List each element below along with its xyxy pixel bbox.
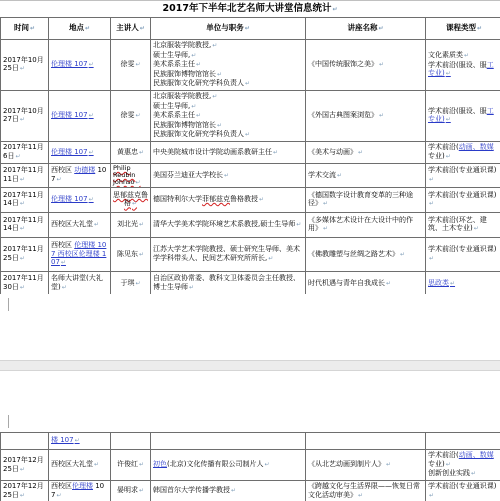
location-cell: 伦理楼 107 xyxy=(49,187,111,212)
lecture-cell: 《德国数字设计教育变革的三种途径》 xyxy=(306,187,426,212)
table-row: 2017年11月14日 西校区大礼堂 刘北光 清华大学美术学院环境艺术系教授,硕… xyxy=(1,212,500,237)
time-cell: 2017年11月11日 xyxy=(1,163,49,187)
location-cell: 西校区大礼堂 xyxy=(49,212,111,237)
time-cell: 2017年11月14日 xyxy=(1,212,49,237)
page-1: 2017年下半年北艺名师大讲堂信息统计 时间 地点 主讲人 单位与职务 讲座名称… xyxy=(0,0,500,294)
time-cell: 2017年10月25日 xyxy=(1,40,49,91)
type-inserted-text[interactable]: 思政类 xyxy=(428,279,455,287)
unit-cell: 清华大学美术学院环境艺术系教授,硕士生导师 xyxy=(151,212,306,237)
location-cell: 西校区 功德楼 107 xyxy=(49,163,111,187)
unit-inserted-text[interactable]: 初色 xyxy=(153,460,167,468)
unit-cell: 中央美院城市设计学院动画系教研主任 xyxy=(151,141,306,163)
location-cell: 楼 107 xyxy=(49,433,111,450)
word-document-page: { "title": "2017年下半年北艺名师大讲堂信息统计", "heade… xyxy=(0,0,500,501)
lecture-cell: 《中国传统服饰之美》 xyxy=(306,40,426,91)
col-header-unit: 单位与职务 xyxy=(151,18,306,40)
speaker-cell: 陈见东 xyxy=(111,237,151,271)
col-header-speaker: 主讲人 xyxy=(111,18,151,40)
speaker-cell: 徐雯 xyxy=(111,40,151,91)
page-separator-band xyxy=(0,360,500,371)
lecture-cell: 《从北艺动画到制片人》 xyxy=(306,450,426,481)
unit-cell: 北京服装学院教授, 硕士生导师, 美术系系主任 民族服饰博物馆馆长 民族服饰文化… xyxy=(151,90,306,141)
type-cell: 学术前沿(专业通识课) xyxy=(426,187,500,212)
type-cell: 学术前沿(动画、数媒专业) 创新创业实践 xyxy=(426,450,500,481)
unit-cell: 美国芬兰迪亚大学校长 xyxy=(151,163,306,187)
speaker-cell: 晏明求 xyxy=(111,481,151,501)
location-cell: 伦理楼 107 xyxy=(49,40,111,91)
type-cell xyxy=(426,433,500,450)
location-cell: 西校区大礼堂 xyxy=(49,450,111,481)
location-link[interactable]: 伦理楼 xyxy=(72,482,93,490)
speaker-cell: 徐雯 xyxy=(111,90,151,141)
location-cell: 西校区 伦理楼 107 西校区伦理楼 107 xyxy=(49,237,111,271)
location-cell: 伦理楼 107 xyxy=(49,90,111,141)
speaker-name-misspelled: 思郁兹克鲁格 xyxy=(113,191,148,208)
table-row: 2017年11月14日 伦理楼 107 思郁兹克鲁格 德国特利尔大学菲郁兹克鲁格… xyxy=(1,187,500,212)
type-cell: 学术前沿(专业通识课) xyxy=(426,481,500,501)
lecture-cell: 学术交流 xyxy=(306,163,426,187)
time-cell: 2017年11月6日 xyxy=(1,141,49,163)
type-inserted-text[interactable]: 动画、数媒 xyxy=(459,451,494,459)
unit-cell: 江苏大学艺术学院教授、硕士研究生导师、美术学学科带头人、民间艺术研究所所长, xyxy=(151,237,306,271)
table-row: 2017年11月30日 名师大讲堂(大礼堂) 于琪 自治区政协常委、教科文卫体委… xyxy=(1,271,500,294)
unit-cell: 北京服装学院教授, 硕士生导师, 美术系系主任 民族服饰博物馆馆长 民族服饰文化… xyxy=(151,40,306,91)
location-link[interactable]: 伦理楼 107 xyxy=(51,111,94,119)
col-header-type: 课程类型 xyxy=(426,18,500,40)
time-cell: 2017年12月25日 xyxy=(1,450,49,481)
type-cell: 学术前沿(服设、服工专业) xyxy=(426,90,500,141)
table-row: 2017年12月25日 西校区大礼堂 许俊红 初色(北京)文化传播有限公司制片人… xyxy=(1,450,500,481)
header-row: 时间 地点 主讲人 单位与职务 讲座名称 课程类型 xyxy=(1,18,500,40)
lecture-cell: 《外国古典图案浏览》 xyxy=(306,90,426,141)
lecture-cell: 《多媒体艺术设计在大设计中的作用》 xyxy=(306,212,426,237)
speaker-cell: 黄惠忠 xyxy=(111,141,151,163)
time-cell: 2017年11月14日 xyxy=(1,187,49,212)
speaker-cell: 刘北光 xyxy=(111,212,151,237)
unit-cell: 初色(北京)文化传播有限公司制片人 xyxy=(151,450,306,481)
time-cell: 2017年11月30日 xyxy=(1,271,49,294)
type-cell: 学术前沿(专业通识课) xyxy=(426,163,500,187)
col-header-location: 地点 xyxy=(49,18,111,40)
document-title: 2017年下半年北艺名师大讲堂信息统计 xyxy=(0,0,500,17)
unit-cell: 自治区政协常委、教科文卫体委员会主任教授、博士生导师 xyxy=(151,271,306,294)
unit-cell: 韩国首尔大学传播学教授 xyxy=(151,481,306,501)
type-cell: 学术前沿(动画、数媒专业) xyxy=(426,141,500,163)
table-row-continuation: 楼 107 xyxy=(1,433,500,450)
time-cell: 2017年11月25日 xyxy=(1,237,49,271)
location-link[interactable]: 伦理楼 107 xyxy=(51,195,94,203)
col-header-lecture: 讲座名称 xyxy=(306,18,426,40)
type-cell: 学术前沿(环艺、建筑、土木专业) xyxy=(426,212,500,237)
location-link[interactable]: 伦理楼 107 xyxy=(51,148,94,156)
lecture-cell: 《美术与动画》 xyxy=(306,141,426,163)
page-2: 楼 107 2017年12月25日 西校区大礼堂 许俊红 初色(北京)文化传播有… xyxy=(0,432,500,501)
speaker-cell: 思郁兹克鲁格 xyxy=(111,187,151,212)
type-cell: 文化素质类 学术前沿(服设、服工专业) xyxy=(426,40,500,91)
table-row: 2017年11月25日 西校区 伦理楼 107 西校区伦理楼 107 陈见东 江… xyxy=(1,237,500,271)
lecture-cell xyxy=(306,433,426,450)
lecture-table-page1: 时间 地点 主讲人 单位与职务 讲座名称 课程类型 2017年10月25日 伦理… xyxy=(0,17,500,294)
speaker-name-misspelled: Johnso xyxy=(113,179,148,186)
lecture-table-page2: 楼 107 2017年12月25日 西校区大礼堂 许俊红 初色(北京)文化传播有… xyxy=(0,432,500,501)
speaker-cell: 许俊红 xyxy=(111,450,151,481)
location-cell: 伦理楼 107 xyxy=(49,141,111,163)
page-break-gap xyxy=(0,294,500,432)
unit-cell: 德国特利尔大学菲郁兹克鲁格教授 xyxy=(151,187,306,212)
location-cell: 西校区伦理楼 107 xyxy=(49,481,111,501)
unit-misspelled-word: 菲郁兹克 xyxy=(202,195,230,203)
lecture-cell: 《跨越文化与生活界限——恢复日常文化活动审美》 xyxy=(306,481,426,501)
speaker-cell: Philip Reubin Johnso xyxy=(111,163,151,187)
time-cell: 2017年10月27日 xyxy=(1,90,49,141)
unit-cell xyxy=(151,433,306,450)
col-header-time: 时间 xyxy=(1,18,49,40)
speaker-cell xyxy=(111,433,151,450)
table-row: 2017年11月6日 伦理楼 107 黄惠忠 中央美院城市设计学院动画系教研主任… xyxy=(1,141,500,163)
page1-margin-mark xyxy=(8,298,9,311)
type-cell: 思政类 xyxy=(426,271,500,294)
table-row: 2017年10月25日 伦理楼 107 徐雯 北京服装学院教授, 硕士生导师, … xyxy=(1,40,500,91)
location-link[interactable]: 伦理楼 107 xyxy=(51,60,94,68)
time-cell: 2017年12月25日 xyxy=(1,481,49,501)
document-title-text: 2017年下半年北艺名师大讲堂信息统计 xyxy=(163,3,338,14)
lecture-cell: 《佛教雕塑与丝绸之路艺术》 xyxy=(306,237,426,271)
lecture-cell: 时代机遇与青年自我成长 xyxy=(306,271,426,294)
type-inserted-text[interactable]: 动画、数媒 xyxy=(459,143,494,151)
speaker-cell: 于琪 xyxy=(111,271,151,294)
table-row: 2017年10月27日 伦理楼 107 徐雯 北京服装学院教授, 硕士生导师, … xyxy=(1,90,500,141)
location-link[interactable]: 楼 107 xyxy=(51,436,80,444)
location-cell: 名师大讲堂(大礼堂) xyxy=(49,271,111,294)
table-row: 2017年12月25日 西校区伦理楼 107 晏明求 韩国首尔大学传播学教授 《… xyxy=(1,481,500,501)
page2-margin-mark xyxy=(8,415,9,428)
time-cell xyxy=(1,433,49,450)
table-row: 2017年11月11日 西校区 功德楼 107 Philip Reubin Jo… xyxy=(1,163,500,187)
type-cell: 学术前沿(专业通识课) xyxy=(426,237,500,271)
location-link[interactable]: 功德楼 xyxy=(74,166,95,174)
